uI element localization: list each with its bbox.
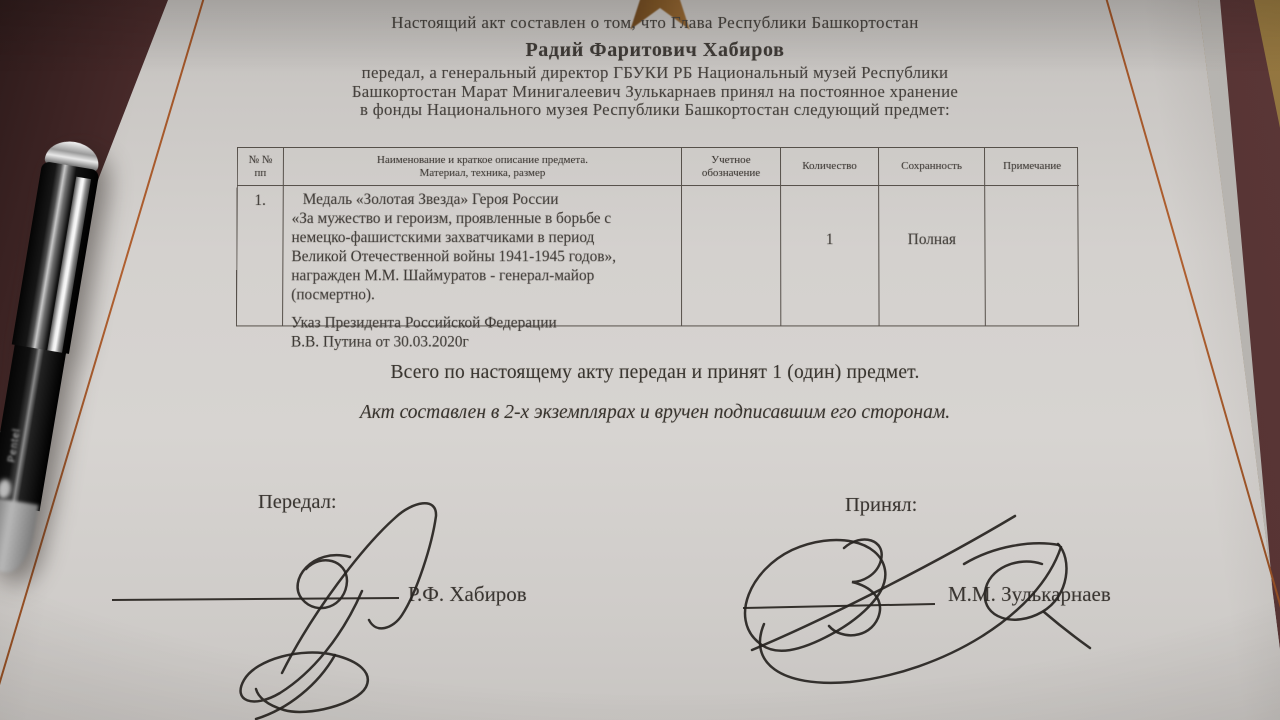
cell-condition: Полная [879, 186, 986, 325]
table-header-quantity: Количество [781, 148, 879, 186]
cell-description: Медаль «Золотая Звезда» Героя России «За… [283, 186, 682, 325]
table-header-description: Наименование и краткое описание предмета… [284, 148, 682, 186]
document-content: Настоящий акт составлен о том, что Глава… [0, 0, 1280, 720]
copies-line: Акт составлен в 2-х экземплярах и вручен… [205, 402, 1105, 424]
cell-note [985, 186, 1080, 325]
summary-line: Всего по настоящему акту передан и приня… [205, 362, 1105, 384]
item-description: Медаль «Золотая Звезда» Героя России «За… [291, 190, 675, 304]
table-row: 1. Медаль «Золотая Звезда» Героя России … [237, 186, 1078, 325]
cell-accounting [682, 186, 781, 325]
items-table: № № пп Наименование и краткое описание п… [236, 147, 1079, 326]
right-signature [728, 500, 1118, 705]
table-header-row: № № пп Наименование и краткое описание п… [238, 148, 1077, 186]
pen-tip [0, 497, 39, 576]
body-paragraph: передал, а генеральный директор ГБУКИ РБ… [205, 64, 1105, 120]
official-name: Радий Фаритович Хабиров [205, 39, 1105, 62]
table-header-condition: Сохранность [879, 148, 985, 186]
table-header-note: Примечание [985, 148, 1079, 186]
left-signature [190, 495, 460, 720]
intro-line: Настоящий акт составлен о том, что Глава… [205, 13, 1105, 33]
table-header-accounting: Учетное обозначение [682, 148, 781, 186]
item-decree: Указ Президента Российской Федерации В.В… [291, 313, 675, 351]
photo-of-signed-act: Настоящий акт составлен о том, что Глава… [0, 0, 1280, 720]
cell-num: 1. [237, 186, 284, 325]
table-header-num: № № пп [238, 148, 284, 186]
cell-quantity: 1 [781, 186, 879, 325]
